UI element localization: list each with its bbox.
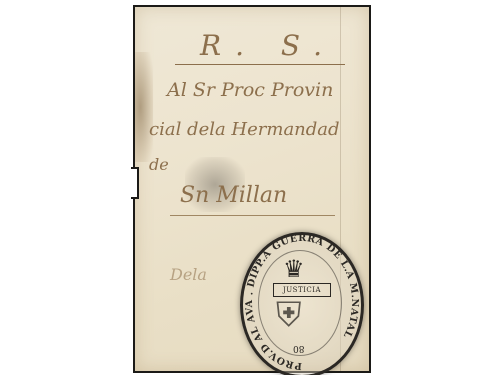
address-line-2: cial dela Hermandad (149, 119, 340, 140)
edge-notch (131, 167, 139, 199)
address-underline (170, 215, 335, 216)
crown-icon: ♛ (283, 255, 305, 284)
heading-underline (175, 64, 345, 65)
address-line-4: Sn Millan (180, 183, 287, 208)
seal-ribbon: JUSTICIA (273, 283, 331, 297)
faint-note: Dela (170, 265, 207, 284)
water-stain (135, 52, 153, 162)
address-line-1: Al Sr Proc Provin (167, 79, 333, 101)
letter-cover: R. S. Al Sr Proc Provin cial dela Herman… (133, 5, 371, 373)
coat-of-arms-icon: ⛨ (276, 297, 302, 335)
heading-rs: R. S. (200, 29, 336, 62)
official-seal: PROV.D AL AVA . DIPP.A GUERRA DE L.A M.N… (240, 232, 364, 375)
address-line-3: de (149, 155, 169, 174)
seal-bottom-number: 80 (293, 343, 304, 353)
